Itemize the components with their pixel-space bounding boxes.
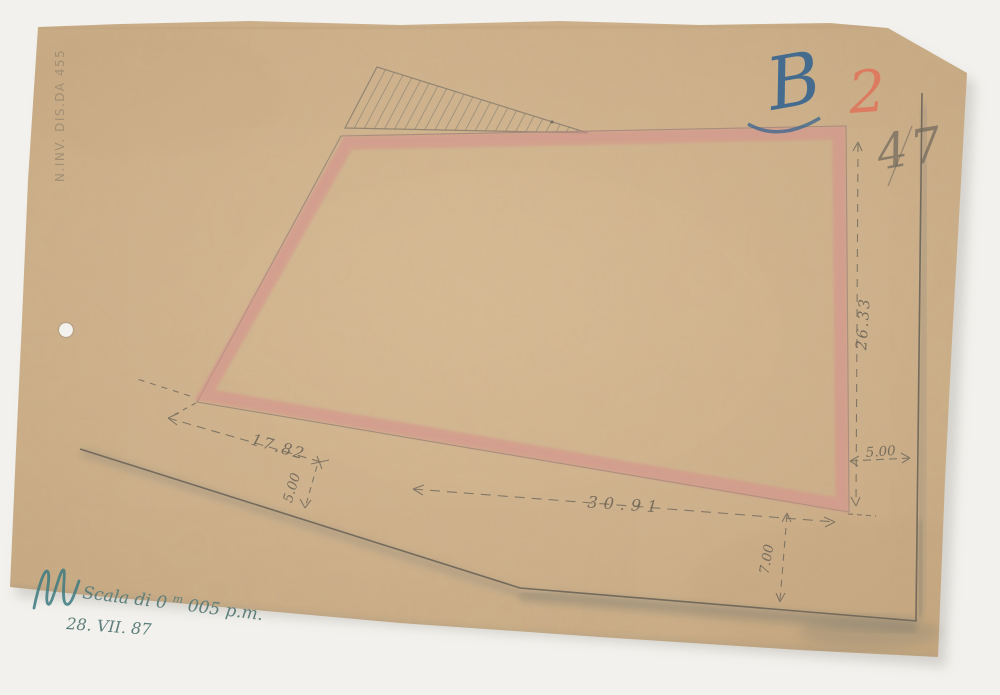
dimension-label-5-00-right: 5.00: [865, 443, 897, 461]
inventory-stamp: N.INV. DIS.DA 455: [53, 49, 67, 182]
drawing-canvas: 17.82 5.00 30.91 7.00 26.33 5.00 N.INV. …: [0, 0, 1000, 695]
scanned-drawing-sheet: 17.82 5.00 30.91 7.00 26.33 5.00 N.INV. …: [0, 0, 1000, 695]
collection-mark-2: 2: [845, 57, 888, 127]
dimension-label-26-33: 26.33: [852, 297, 874, 352]
scale-note-superscript: m: [172, 592, 184, 606]
